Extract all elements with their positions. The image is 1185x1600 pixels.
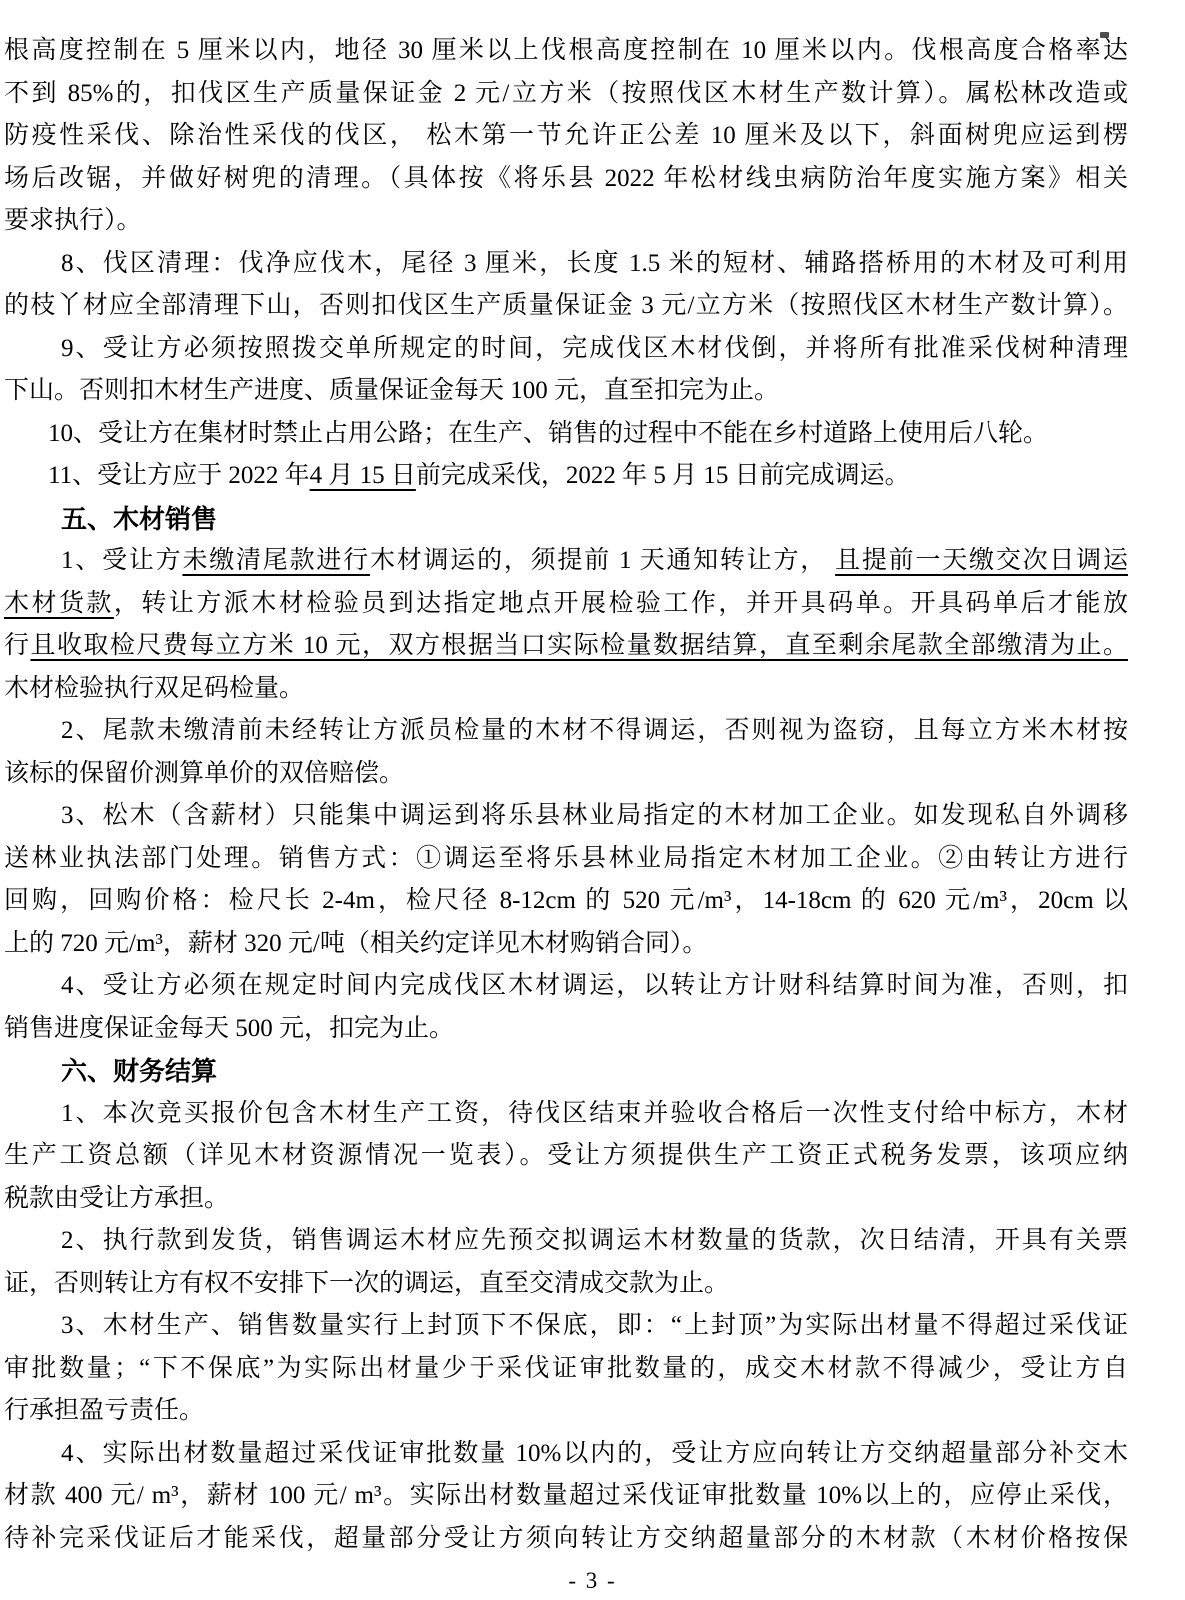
text-run: 该标的保留价测算单价的双倍赔偿。 [4, 760, 404, 787]
text-run: 9、受让方必须按照拨交单所规定的时间，完成伐区木材伐倒，并将所有批准采伐树种清理 [61, 335, 1128, 362]
text-run: 1、受让方 [61, 547, 182, 574]
underlined-text: 未缴清尾款进行 [182, 547, 370, 574]
text-line: 待补完采伐证后才能采伐，超量部分受让方须向转让方交纳超量部分的木材款（木材价格按… [4, 1518, 1128, 1561]
text-run: 证，否则转让方有权不安排下一次的调运，直至交清成交款为止。 [4, 1270, 729, 1297]
text-run: 4、实际出材数量超过采伐证审批数量 10%以内的，受让方应向转让方交纳超量部分补… [61, 1440, 1128, 1467]
text-run: 行 [4, 632, 30, 659]
text-run: 1、本次竞买报价包含木材生产工资，待伐区结束并验收合格后一次性支付给中标方，木材 [61, 1100, 1128, 1127]
text-run: 五、木材销售 [61, 504, 217, 534]
text-line: 4、实际出材数量超过采伐证审批数量 10%以内的，受让方应向转让方交纳超量部分补… [4, 1433, 1128, 1476]
text-run: 上的 720 元/m³，薪材 320 元/吨（相关约定详见木材购销合同）。 [4, 930, 707, 957]
text-run: 木材检验执行双足码检量。 [4, 675, 304, 702]
text-run: 2、尾款未缴清前未经转让方派员检量的木材不得调运，否则视为盗窃，且每立方米木材按 [61, 717, 1128, 744]
text-run: 11、受让方应于 2022 年 [48, 462, 310, 489]
text-line: 2、执行款到发货，销售调运木材应先预交拟调运木材数量的货款，次日结清，开具有关票 [4, 1220, 1128, 1263]
text-run: ，转让方派木材检验员到达指定地点开展检验工作，并开具码单。开具码单后才能放 [114, 590, 1128, 617]
text-line: 4、受让方必须在规定时间内完成伐区木材调运，以转让方计财科结算时间为准，否则，扣 [4, 965, 1128, 1008]
text-line: 防疫性采伐、除治性采伐的伐区， 松木第一节允许正公差 10 厘米及以下，斜面树兜… [4, 115, 1128, 158]
text-line: 审批数量；“下不保底”为实际出材量少于采伐证审批数量的，成交木材款不得减少，受让… [4, 1348, 1128, 1391]
text-line: 下山。否则扣木材生产进度、质量保证金每天 100 元，直至扣完为止。 [4, 370, 1128, 413]
text-run: 3、木材生产、销售数量实行上封顶下不保底，即：“上封顶”为实际出材量不得超过采伐… [61, 1312, 1128, 1339]
text-run: 不到 85%的，扣伐区生产质量保证金 2 元/立方米（按照伐区木材生产数计算）。… [4, 80, 1128, 107]
text-run: 下山。否则扣木材生产进度、质量保证金每天 100 元，直至扣完为止。 [4, 377, 779, 404]
text-line: 行承担盈亏责任。 [4, 1390, 1128, 1433]
text-run: 4、受让方必须在规定时间内完成伐区木材调运，以转让方计财科结算时间为准，否则，扣 [61, 972, 1128, 999]
text-line: 11、受让方应于 2022 年4 月 15 日前完成采伐，2022 年 5 月 … [4, 455, 1128, 498]
text-line: 证，否则转让方有权不安排下一次的调运，直至交清成交款为止。 [4, 1263, 1128, 1306]
text-run: 10、受让方在集材时禁止占用公路；在生产、销售的过程中不能在乡村道路上使用后八轮… [48, 420, 1048, 447]
text-line: 木材检验执行双足码检量。 [4, 668, 1128, 711]
text-line: 1、本次竞买报价包含木材生产工资，待伐区结束并验收合格后一次性支付给中标方，木材 [4, 1093, 1128, 1136]
text-line: 2、尾款未缴清前未经转让方派员检量的木材不得调运，否则视为盗窃，且每立方米木材按 [4, 710, 1128, 753]
text-line: 不到 85%的，扣伐区生产质量保证金 2 元/立方米（按照伐区木材生产数计算）。… [4, 73, 1128, 116]
text-run: 前完成采伐，2022 年 5 月 15 日前完成调运。 [416, 462, 910, 489]
text-run: 8、伐区清理：伐净应伐木，尾径 3 厘米，长度 1.5 米的短材、辅路搭桥用的木… [61, 250, 1128, 277]
text-run: 待补完采伐证后才能采伐，超量部分受让方须向转让方交纳超量部分的木材款（木材价格按… [4, 1525, 1128, 1552]
page-number: - 3 - [0, 1568, 1185, 1594]
text-run: 审批数量；“下不保底”为实际出材量少于采伐证审批数量的，成交木材款不得减少，受让… [4, 1355, 1128, 1382]
text-line: 回购，回购价格：检尺长 2-4m，检尺径 8-12cm 的 520 元/m³，1… [4, 880, 1128, 923]
text-run: 场后改锯，并做好树兜的清理。（具体按《将乐县 2022 年松材线虫病防治年度实施… [4, 165, 1128, 192]
text-run: 生产工资总额（详见木材资源情况一览表）。受让方须提供生产工资正式税务发票，该项应… [4, 1142, 1128, 1169]
section-heading: 五、木材销售 [4, 498, 1128, 541]
underlined-text: 木材货款 [4, 590, 114, 617]
text-line: 9、受让方必须按照拨交单所规定的时间，完成伐区木材伐倒，并将所有批准采伐树种清理 [4, 328, 1128, 371]
text-run: 送林业执法部门处理。销售方式：①调运至将乐县林业局指定木材加工企业。②由转让方进… [4, 845, 1128, 872]
text-line: 生产工资总额（详见木材资源情况一览表）。受让方须提供生产工资正式税务发票，该项应… [4, 1135, 1128, 1178]
text-run: 木材调运的，须提前 1 天通知转让方， [370, 547, 835, 574]
text-run: 防疫性采伐、除治性采伐的伐区， 松木第一节允许正公差 10 厘米及以下，斜面树兜… [4, 122, 1128, 149]
text-run: 六、财务结算 [61, 1056, 217, 1086]
text-line: 场后改锯，并做好树兜的清理。（具体按《将乐县 2022 年松材线虫病防治年度实施… [4, 158, 1128, 201]
text-run: 根高度控制在 5 厘米以内，地径 30 厘米以上伐根高度控制在 10 厘米以内。… [4, 37, 1128, 64]
text-line: 8、伐区清理：伐净应伐木，尾径 3 厘米，长度 1.5 米的短材、辅路搭桥用的木… [4, 243, 1128, 286]
underlined-text: 且提前一天缴交次日调运 [835, 547, 1128, 574]
text-line: 销售进度保证金每天 500 元，扣完为止。 [4, 1008, 1128, 1051]
text-line: 材款 400 元/ m³，薪材 100 元/ m³。实际出材数量超过采伐证审批数… [4, 1475, 1128, 1518]
text-line: 3、木材生产、销售数量实行上封顶下不保底，即：“上封顶”为实际出材量不得超过采伐… [4, 1305, 1128, 1348]
text-run: 材款 400 元/ m³，薪材 100 元/ m³。实际出材数量超过采伐证审批数… [4, 1482, 1128, 1509]
underlined-text: 且收取检尺费每立方米 10 元，双方根据当口实际检量数据结算，直至剩余尾款全部缴… [30, 632, 1128, 659]
text-line: 行且收取检尺费每立方米 10 元，双方根据当口实际检量数据结算，直至剩余尾款全部… [4, 625, 1128, 668]
text-line: 上的 720 元/m³，薪材 320 元/吨（相关约定详见木材购销合同）。 [4, 923, 1128, 966]
text-run: 3、松木（含薪材）只能集中调运到将乐县林业局指定的木材加工企业。如发现私自外调移 [61, 802, 1128, 829]
text-line: 3、松木（含薪材）只能集中调运到将乐县林业局指定的木材加工企业。如发现私自外调移 [4, 795, 1128, 838]
document-body: 根高度控制在 5 厘米以内，地径 30 厘米以上伐根高度控制在 10 厘米以内。… [4, 30, 1128, 1560]
text-line: 木材货款，转让方派木材检验员到达指定地点开展检验工作，并开具码单。开具码单后才能… [4, 583, 1128, 626]
text-line: 的枝丫材应全部清理下山，否则扣伐区生产质量保证金 3 元/立方米（按照伐区木材生… [4, 285, 1128, 328]
text-line: 送林业执法部门处理。销售方式：①调运至将乐县林业局指定木材加工企业。②由转让方进… [4, 838, 1128, 881]
text-run: 的枝丫材应全部清理下山，否则扣伐区生产质量保证金 3 元/立方米（按照伐区木材生… [4, 292, 1128, 319]
text-run: 行承担盈亏责任。 [4, 1397, 204, 1424]
text-line: 该标的保留价测算单价的双倍赔偿。 [4, 753, 1128, 796]
text-line: 税款由受让方承担。 [4, 1178, 1128, 1221]
text-line: 10、受让方在集材时禁止占用公路；在生产、销售的过程中不能在乡村道路上使用后八轮… [4, 413, 1128, 456]
section-heading: 六、财务结算 [4, 1050, 1128, 1093]
text-run: 税款由受让方承担。 [4, 1185, 229, 1212]
underlined-text: 4 月 15 日 [310, 462, 416, 489]
text-line: 要求执行）。 [4, 200, 1128, 243]
text-run: 回购，回购价格：检尺长 2-4m，检尺径 8-12cm 的 520 元/m³，1… [4, 887, 1128, 914]
text-line: 1、受让方未缴清尾款进行木材调运的，须提前 1 天通知转让方， 且提前一天缴交次… [4, 540, 1128, 583]
text-run: 销售进度保证金每天 500 元，扣完为止。 [4, 1015, 454, 1042]
document-page: 根高度控制在 5 厘米以内，地径 30 厘米以上伐根高度控制在 10 厘米以内。… [0, 0, 1185, 1600]
text-run: 2、执行款到发货，销售调运木材应先预交拟调运木材数量的货款，次日结清，开具有关票 [61, 1227, 1128, 1254]
text-run: 要求执行）。 [4, 207, 142, 234]
text-line: 根高度控制在 5 厘米以内，地径 30 厘米以上伐根高度控制在 10 厘米以内。… [4, 30, 1128, 73]
